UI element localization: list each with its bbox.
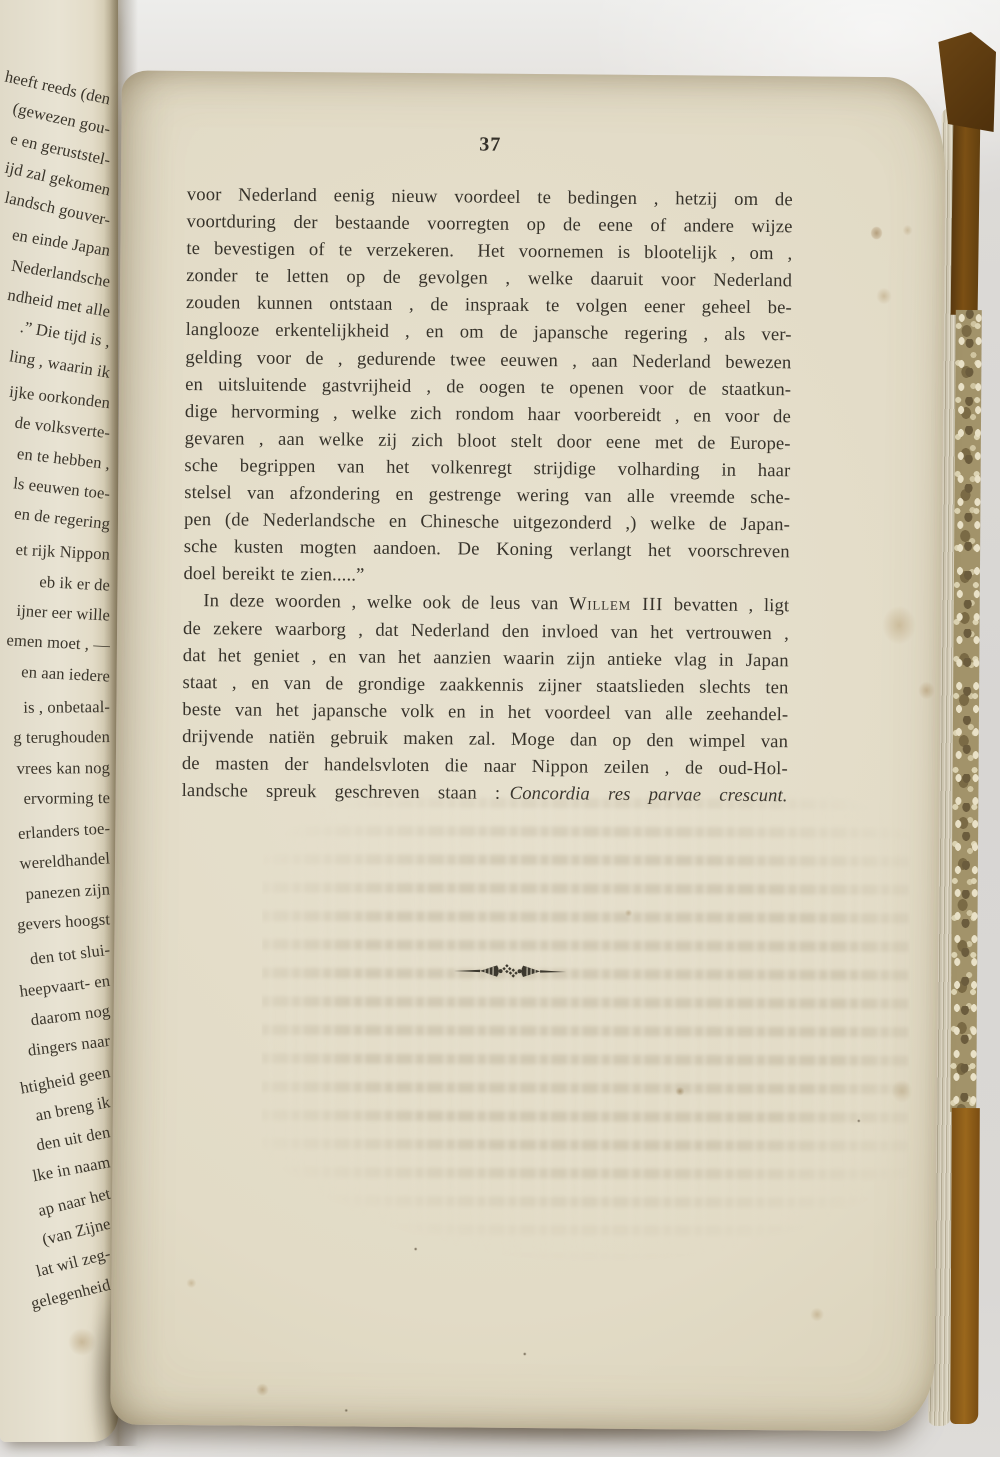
paragraph-2: In deze woorden , welke ook de leus van … <box>182 587 790 809</box>
fleuron-ornament <box>454 961 566 980</box>
left-page-text-fragment: ervorming te <box>0 783 116 815</box>
text-segment: bevatten , ligt <box>663 595 789 617</box>
left-page-text-fragment: is , onbetaal- <box>0 692 116 724</box>
left-page-text-column: heeft reeds (den(gewezen gou-e en gerust… <box>0 86 116 1298</box>
text-segment: In deze woorden , welke ook de leus van <box>203 591 569 615</box>
fore-edge-marbled <box>950 310 982 1112</box>
bleed-through-text <box>261 789 911 1263</box>
fore-edge-leather-top <box>951 112 981 315</box>
paragraph-1: voor Nederland eenig nieuw voordeel te b… <box>183 181 793 593</box>
book-page: 37 voor Nederland eenig nieuw voordeel t… <box>110 70 946 1431</box>
text-block: voor Nederland eenig nieuw voordeel te b… <box>182 181 793 809</box>
fleuron-icon <box>454 961 566 980</box>
royal-name-smallcaps: Willem III <box>569 594 663 616</box>
page-number: 37 <box>187 131 793 159</box>
fore-edge-leather-bottom <box>950 1108 980 1424</box>
left-page: heeft reeds (den(gewezen gou-e en gerust… <box>0 0 118 1442</box>
book-photo: heeft reeds (den(gewezen gou-e en gerust… <box>0 0 1000 1457</box>
left-page-text-fragment: g terughouden <box>0 722 116 754</box>
left-page-text-fragment: vrees kan nog <box>0 753 116 785</box>
